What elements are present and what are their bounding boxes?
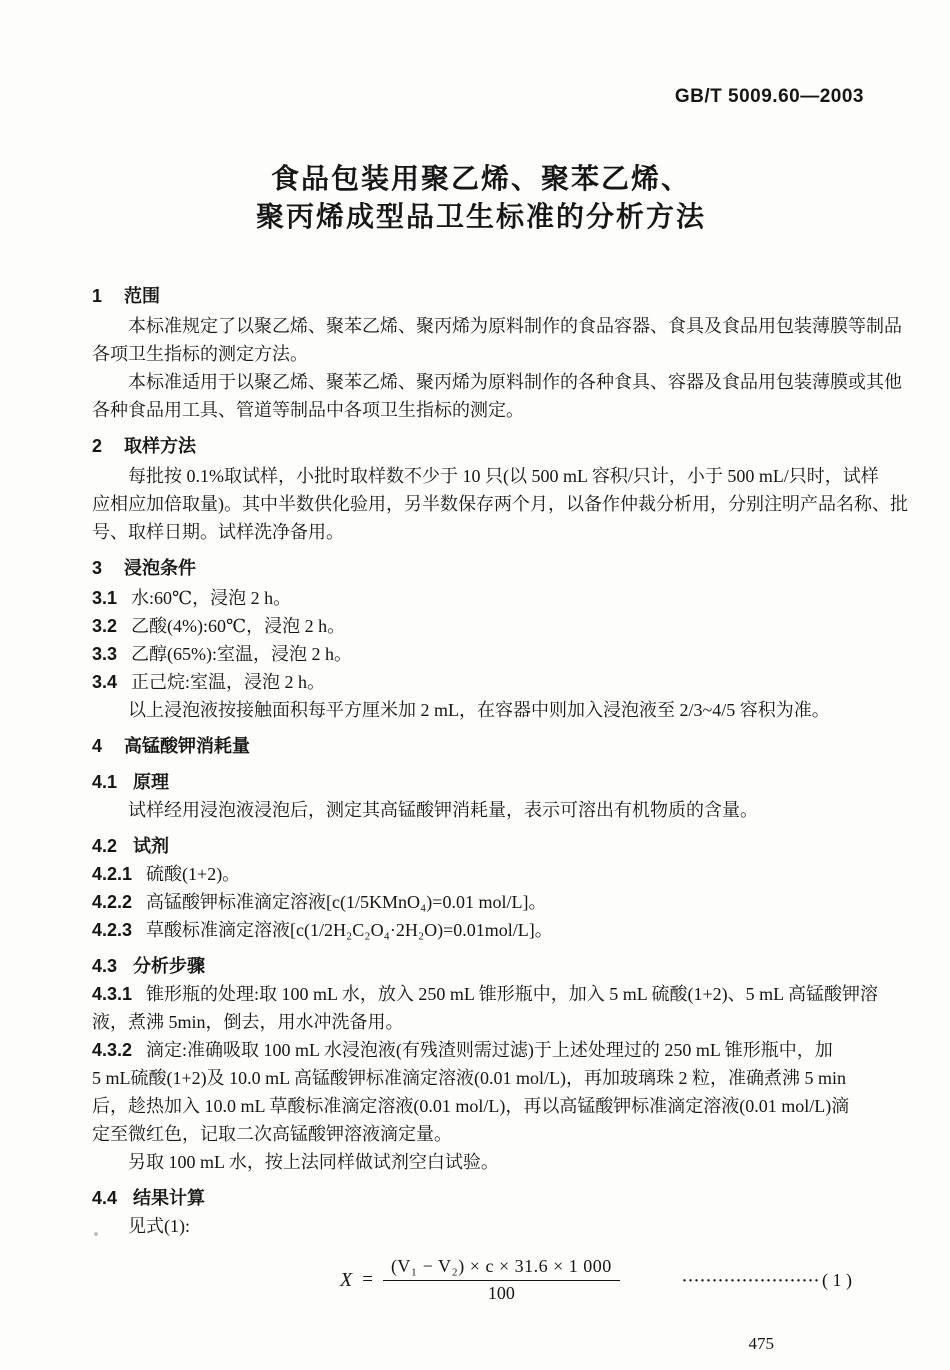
clause-text: 水:60℃，浸泡 2 h。: [131, 584, 291, 612]
formula-expression: X = (V₁ − V₂) × c × 31.6 × 1 000 100: [340, 1256, 620, 1304]
clause-title: 结果计算: [133, 1184, 205, 1212]
section-4-title: 高锰酸钾消耗量: [124, 732, 250, 760]
paragraph-line: 5 mL硫酸(1+2)及 10.0 mL 高锰酸钾标准滴定溶液(0.01 mol…: [92, 1064, 870, 1092]
clause-4-2-heading: 4.2 试剂: [92, 832, 870, 860]
clause-4-4-heading: 4.4 结果计算: [92, 1184, 870, 1212]
clause-text: 乙酸(4%):60℃，浸泡 2 h。: [131, 612, 345, 640]
section-2-title: 取样方法: [124, 432, 196, 460]
equals-sign: =: [362, 1269, 373, 1291]
clause-number: 4.3.1: [92, 980, 132, 1008]
page-number: 475: [92, 1334, 870, 1354]
paragraph-line: 见式(1):: [92, 1212, 870, 1240]
document-page: GB/T 5009.60—2003 食品包装用聚乙烯、聚苯乙烯、 聚丙烯成型品卫…: [0, 0, 950, 1370]
standard-code: GB/T 5009.60—2003: [92, 86, 870, 108]
clause-3-2: 3.2 乙酸(4%):60℃，浸泡 2 h。: [92, 612, 870, 640]
clause-4-1-heading: 4.1 原理: [92, 768, 870, 796]
clause-number: 4.3.2: [92, 1036, 132, 1064]
clause-number: 4.2.1: [92, 860, 132, 888]
paragraph-line: 各种食品用工具、管道等制品中各项卫生指标的测定。: [92, 396, 870, 424]
clause-number: 3.1: [92, 584, 117, 612]
title-line-1: 食品包装用聚乙烯、聚苯乙烯、: [92, 160, 870, 198]
paragraph-line: 试样经用浸泡液浸泡后，测定其高锰酸钾消耗量，表示可溶出有机物质的含量。: [92, 796, 870, 824]
title-line-2: 聚丙烯成型品卫生标准的分析方法: [92, 198, 870, 236]
section-3-number: 3: [92, 554, 102, 582]
paragraph-line: 本标准适用于以聚乙烯、聚苯乙烯、聚丙烯为原料制作的各种食具、容器及食品用包装薄膜…: [92, 368, 870, 396]
section-1-number: 1: [92, 282, 102, 310]
dotted-leader: ·······················: [682, 1273, 820, 1290]
paragraph-line: 以上浸泡液按接触面积每平方厘米加 2 mL，在容器中则加入浸泡液至 2/3~4/…: [92, 696, 870, 724]
paragraph-line: 应相应加倍取量)。其中半数供化验用，另半数保存两个月，以备作仲裁分析用，分别注明…: [92, 490, 870, 518]
clause-number: 3.3: [92, 640, 117, 668]
clause-title: 试剂: [133, 832, 169, 860]
equation-label: ( 1 ): [822, 1270, 852, 1291]
clause-4-3-1: 4.3.1 锥形瓶的处理:取 100 mL 水，放入 250 mL 锥形瓶中，加…: [92, 980, 870, 1008]
clause-text: 乙醇(65%):室温，浸泡 2 h。: [131, 640, 352, 668]
document-title: 食品包装用聚乙烯、聚苯乙烯、 聚丙烯成型品卫生标准的分析方法: [92, 160, 870, 236]
formula-fraction: (V₁ − V₂) × c × 31.6 × 1 000 100: [383, 1256, 620, 1304]
section-4-number: 4: [92, 732, 102, 760]
clause-number: 4.2.3: [92, 916, 132, 944]
clause-text: 草酸标准滴定溶液[c(1/2H₂C₂O₄·2H₂O)=0.01mol/L]。: [146, 916, 553, 944]
paragraph-line: 每批按 0.1%取试样，小批时取样数不少于 10 只(以 500 mL 容积/只…: [92, 462, 870, 490]
section-1-title: 范围: [124, 282, 160, 310]
clause-4-2-2: 4.2.2 高锰酸钾标准滴定溶液[c(1/5KMnO₄)=0.01 mol/L]…: [92, 888, 870, 916]
clause-number: 3.4: [92, 668, 117, 696]
clause-number: 4.3: [92, 952, 117, 980]
scan-speck: [94, 1232, 98, 1236]
section-2-heading: 2 取样方法: [92, 432, 870, 460]
equation-number: ······················· ( 1 ): [682, 1270, 852, 1291]
paragraph-line: 液，煮沸 5min，倒去，用水冲洗备用。: [92, 1008, 870, 1036]
clause-text: 锥形瓶的处理:取 100 mL 水，放入 250 mL 锥形瓶中，加入 5 mL…: [146, 980, 878, 1008]
clause-4-3-2: 4.3.2 滴定:准确吸取 100 mL 水浸泡液(有残渣则需过滤)于上述处理过…: [92, 1036, 870, 1064]
section-3-heading: 3 浸泡条件: [92, 554, 870, 582]
paragraph-line: 后，趁热加入 10.0 mL 草酸标准滴定溶液(0.01 mol/L)，再以高锰…: [92, 1092, 870, 1120]
paragraph-line: 各项卫生指标的测定方法。: [92, 340, 870, 368]
formula-variable: X: [340, 1269, 352, 1292]
section-3-title: 浸泡条件: [124, 554, 196, 582]
clause-text: 正己烷:室温，浸泡 2 h。: [131, 668, 325, 696]
clause-3-3: 3.3 乙醇(65%):室温，浸泡 2 h。: [92, 640, 870, 668]
clause-4-2-3: 4.2.3 草酸标准滴定溶液[c(1/2H₂C₂O₄·2H₂O)=0.01mol…: [92, 916, 870, 944]
clause-title: 原理: [133, 768, 169, 796]
clause-number: 4.2: [92, 832, 117, 860]
clause-number: 3.2: [92, 612, 117, 640]
clause-text: 高锰酸钾标准滴定溶液[c(1/5KMnO₄)=0.01 mol/L]。: [146, 888, 546, 916]
clause-title: 分析步骤: [133, 952, 205, 980]
fraction-numerator: (V₁ − V₂) × c × 31.6 × 1 000: [383, 1256, 620, 1281]
paragraph-line: 本标准规定了以聚乙烯、聚苯乙烯、聚丙烯为原料制作的食品容器、食具及食品用包装薄膜…: [92, 312, 870, 340]
fraction-denominator: 100: [383, 1281, 620, 1304]
clause-3-1: 3.1 水:60℃，浸泡 2 h。: [92, 584, 870, 612]
paragraph-line: 定至微红色，记取二次高锰酸钾溶液滴定量。: [92, 1120, 870, 1148]
clause-4-2-1: 4.2.1 硫酸(1+2)。: [92, 860, 870, 888]
clause-number: 4.1: [92, 768, 117, 796]
clause-4-3-heading: 4.3 分析步骤: [92, 952, 870, 980]
clause-3-4: 3.4 正己烷:室温，浸泡 2 h。: [92, 668, 870, 696]
section-2-number: 2: [92, 432, 102, 460]
paragraph-line: 号、取样日期。试样洗净备用。: [92, 518, 870, 546]
formula-1-row: X = (V₁ − V₂) × c × 31.6 × 1 000 100 ···…: [92, 1256, 870, 1304]
clause-number: 4.4: [92, 1184, 117, 1212]
section-1-heading: 1 范围: [92, 282, 870, 310]
clause-text: 硫酸(1+2)。: [146, 860, 240, 888]
clause-number: 4.2.2: [92, 888, 132, 916]
clause-text: 滴定:准确吸取 100 mL 水浸泡液(有残渣则需过滤)于上述处理过的 250 …: [146, 1036, 833, 1064]
section-4-heading: 4 高锰酸钾消耗量: [92, 732, 870, 760]
paragraph-line: 另取 100 mL 水，按上法同样做试剂空白试验。: [92, 1148, 870, 1176]
